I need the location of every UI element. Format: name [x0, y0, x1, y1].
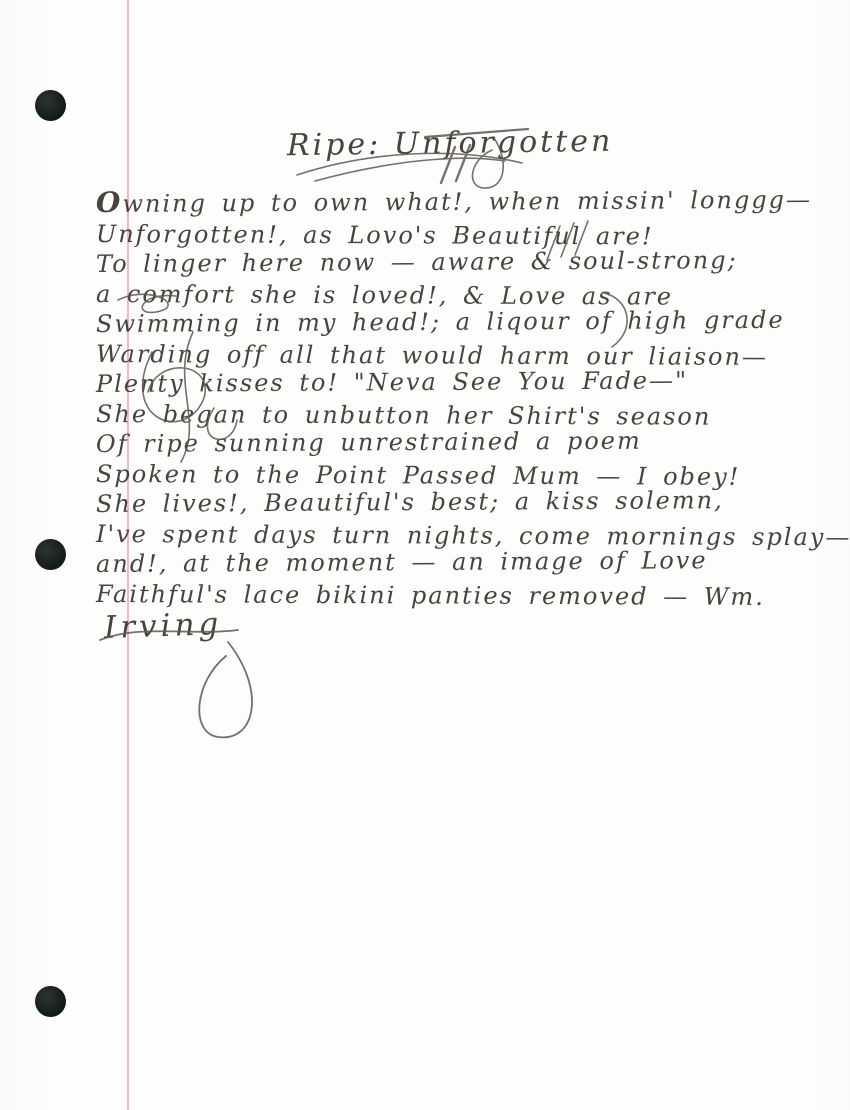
poem-body: Owning up to own what!, when missin' lon…: [96, 188, 826, 609]
poem-line: Owning up to own what!, when missin' lon…: [96, 184, 826, 219]
poem-line: Plenty kisses to! "Neva See You Fade—": [96, 365, 826, 399]
author-signature: Irving: [103, 606, 222, 646]
poem-line: and!, at the moment — an image of Love: [96, 545, 826, 579]
poem-line: She lives!, Beautiful's best; a kiss sol…: [96, 485, 826, 519]
poem-line: Of ripe sunning unrestrained a poem: [96, 425, 826, 459]
poem-line: Swimming in my head!; a liqour of high g…: [96, 305, 826, 339]
poem-line: To linger here now — aware & soul-strong…: [96, 245, 826, 279]
hole-punch-middle: [35, 539, 66, 570]
scanned-handwritten-page: Ripe: Unforgotten Owning up to own what!…: [0, 0, 850, 1110]
poem-title: Ripe: Unforgotten: [287, 124, 614, 164]
hole-punch-bottom: [35, 986, 66, 1017]
hole-punch-top: [35, 90, 66, 121]
